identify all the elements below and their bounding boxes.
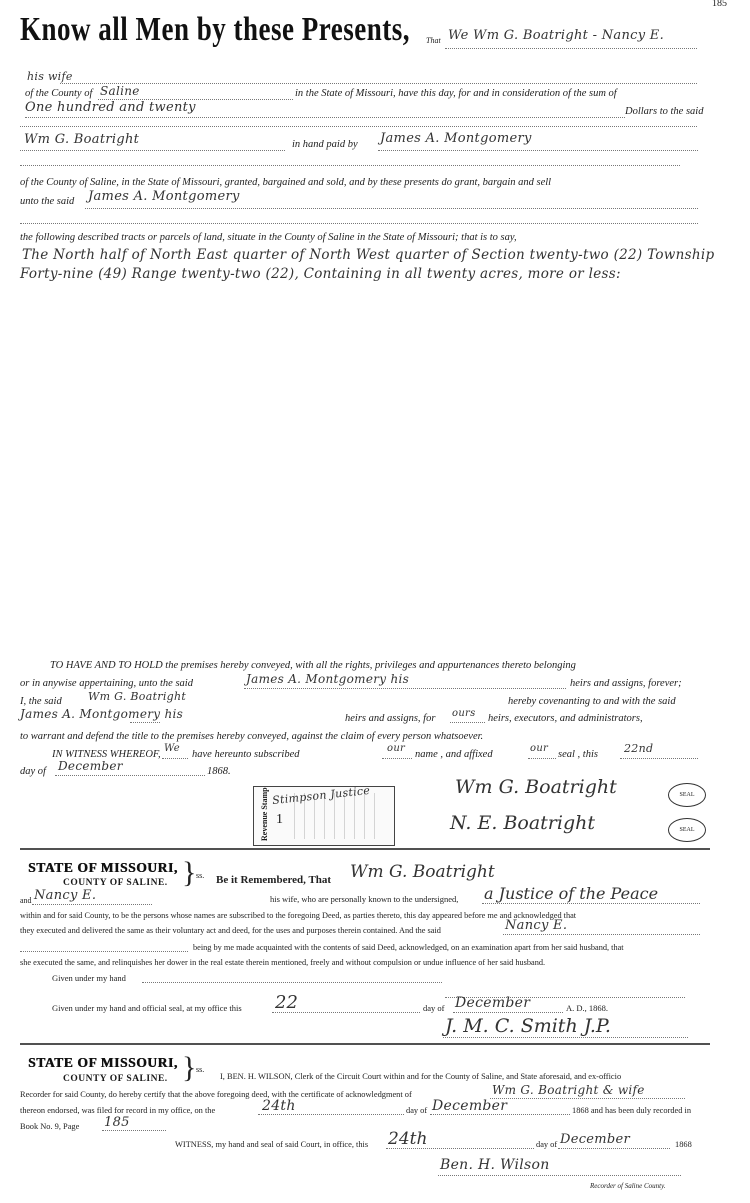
legal-description-line2: Forty-nine (49) Range twenty-two (22), C… — [20, 266, 621, 282]
ack-given-month: December — [455, 995, 530, 1011]
witness-our-name: our — [387, 743, 405, 754]
ack-line4-prefix: they executed and delivered the same as … — [20, 926, 441, 935]
granted-clause: of the County of Saline, in the State of… — [20, 177, 551, 188]
payee-name: Wm G. Boatright — [24, 132, 139, 147]
rec-witness-day: 24th — [388, 1129, 427, 1149]
rec-line3-day-of: day of — [406, 1106, 427, 1115]
witness-our-seal: our — [530, 743, 548, 754]
ack-given-seal: Given under my hand and official seal, a… — [52, 1003, 242, 1013]
tracts-clause: the following described tracts or parcel… — [20, 232, 517, 243]
habendum-ours: ours — [452, 708, 476, 719]
payer-name: James A. Montgomery — [380, 131, 532, 146]
rec-witness-day-of: day of — [536, 1140, 557, 1149]
signature-grantor-1: Wm G. Boatright — [455, 776, 617, 798]
rec-filed-day: 24th — [262, 1098, 296, 1114]
habendum-line1: TO HAVE AND TO HOLD the premises hereby … — [50, 660, 576, 671]
page-number: 185 — [712, 0, 727, 9]
ack-line5: being by me made acquainted with the con… — [193, 943, 624, 952]
rec-line3-suffix: 1868 and has been duly recorded in — [572, 1106, 691, 1115]
rec-witness-label: WITNESS, my hand and seal of said Court,… — [175, 1140, 368, 1149]
rec-witness-year: 1868 — [675, 1140, 692, 1149]
habendum-line4-mid: heirs and assigns, for — [345, 713, 435, 724]
witness-mid1: have hereunto subscribed — [192, 749, 300, 760]
ack-ss: ss. — [196, 871, 204, 880]
rec-clerk-signature: Ben. H. Wilson — [440, 1157, 550, 1173]
ack-line4-wife: Nancy E. — [505, 918, 567, 933]
ack-given-day: 22 — [275, 992, 298, 1013]
ack-wife-clause: his wife, who are personally known to th… — [270, 894, 458, 904]
ack-person: Wm G. Boatright — [350, 862, 495, 882]
ack-state: STATE OF MISSOURI, — [28, 860, 178, 876]
habendum-grantor: Wm G. Boatright — [88, 690, 186, 703]
revenue-stamp-label: Revenue Stamp — [260, 791, 272, 841]
ack-officer-signature: J. M. C. Smith J.P. — [445, 1015, 611, 1037]
deed-heading: Know all Men by these Presents, — [20, 10, 410, 49]
signature-grantor-2: N. E. Boatright — [450, 812, 595, 834]
habendum-line2-prefix: or in anywise appertaining, unto the sai… — [20, 678, 193, 689]
grantee-name: James A. Montgomery — [88, 189, 240, 204]
day-of-label: day of — [20, 766, 46, 777]
rec-filed-month: December — [432, 1098, 507, 1114]
county-name: Saline — [100, 84, 140, 98]
rec-state: STATE OF MISSOURI, — [28, 1055, 178, 1071]
witness-year: 1868. — [207, 766, 231, 777]
ack-given-day-of: day of — [423, 1003, 444, 1013]
rec-line1: I, BEN. H. WILSON, Clerk of the Circuit … — [220, 1072, 621, 1081]
rec-witness-month: December — [560, 1132, 630, 1147]
witness-day: 22nd — [624, 742, 653, 755]
unto-label: unto the said — [20, 196, 74, 207]
seal-2: SEAL — [668, 818, 706, 842]
witness-month: December — [58, 759, 123, 773]
ack-county: COUNTY OF SALINE. — [63, 878, 168, 888]
revenue-stamp: Revenue Stamp 1 Stimpson Justice — [253, 786, 395, 846]
rec-line3-prefix: thereon endorsed, was filed for record i… — [20, 1106, 215, 1115]
habendum-grantee: James A. Montgomery his — [246, 672, 409, 686]
witness-we: We — [164, 743, 180, 754]
grantors-name: We Wm G. Boatright - Nancy E. — [448, 28, 664, 43]
paid-by-label: in hand paid by — [292, 139, 358, 150]
habendum-line3-prefix: I, the said — [20, 696, 62, 707]
witness-mid2: name , and affixed — [415, 749, 493, 760]
witness-mid3: seal , this — [558, 749, 598, 760]
seal-1: SEAL — [668, 783, 706, 807]
dollars-label: Dollars to the said — [625, 106, 703, 117]
county-prefix: of the County of — [25, 88, 92, 99]
sum-amount: One hundred and twenty — [25, 100, 196, 115]
rec-book-page: 185 — [104, 1115, 130, 1130]
rec-book-label: Book No. 9, Page — [20, 1122, 79, 1131]
brace: } — [182, 1053, 196, 1083]
ack-and-label: and — [20, 896, 32, 905]
rec-line2-prefix: Recorder for said County, do hereby cert… — [20, 1090, 412, 1099]
ack-given-year: A. D., 1868. — [566, 1003, 608, 1013]
rec-ss: ss. — [196, 1065, 204, 1074]
ack-be-it: Be it Remembered, That — [216, 874, 331, 886]
ack-line3: within and for said County, to be the pe… — [20, 911, 576, 920]
habendum-line4-suffix: heirs, executors, and administrators, — [488, 713, 643, 724]
that-label: That — [426, 36, 441, 45]
rec-county: COUNTY OF SALINE. — [63, 1074, 168, 1084]
rec-parties: Wm G. Boatright & wife — [492, 1083, 645, 1097]
legal-description-line1: The North half of North East quarter of … — [22, 247, 714, 263]
revenue-stamp-value: 1 — [276, 812, 283, 828]
ack-given-hand: Given under my hand — [52, 973, 126, 983]
ack-officer-title: a Justice of the Peace — [484, 884, 658, 903]
state-clause: in the State of Missouri, have this day,… — [295, 88, 617, 99]
ack-line6: she executed the same, and relinquishes … — [20, 958, 545, 967]
habendum-line2-suffix: heirs and assigns, forever; — [570, 678, 682, 689]
brace: } — [182, 858, 196, 888]
habendum-line3-suffix: hereby covenanting to and with the said — [508, 696, 676, 707]
rec-clerk-title: Recorder of Saline County. — [590, 1182, 666, 1190]
grantors-line2: his wife — [27, 70, 73, 83]
habendum-line5: to warrant and defend the title to the p… — [20, 731, 483, 742]
habendum-grantee-2: James A. Montgomery his — [20, 707, 183, 721]
ack-wife: Nancy E. — [34, 888, 96, 903]
